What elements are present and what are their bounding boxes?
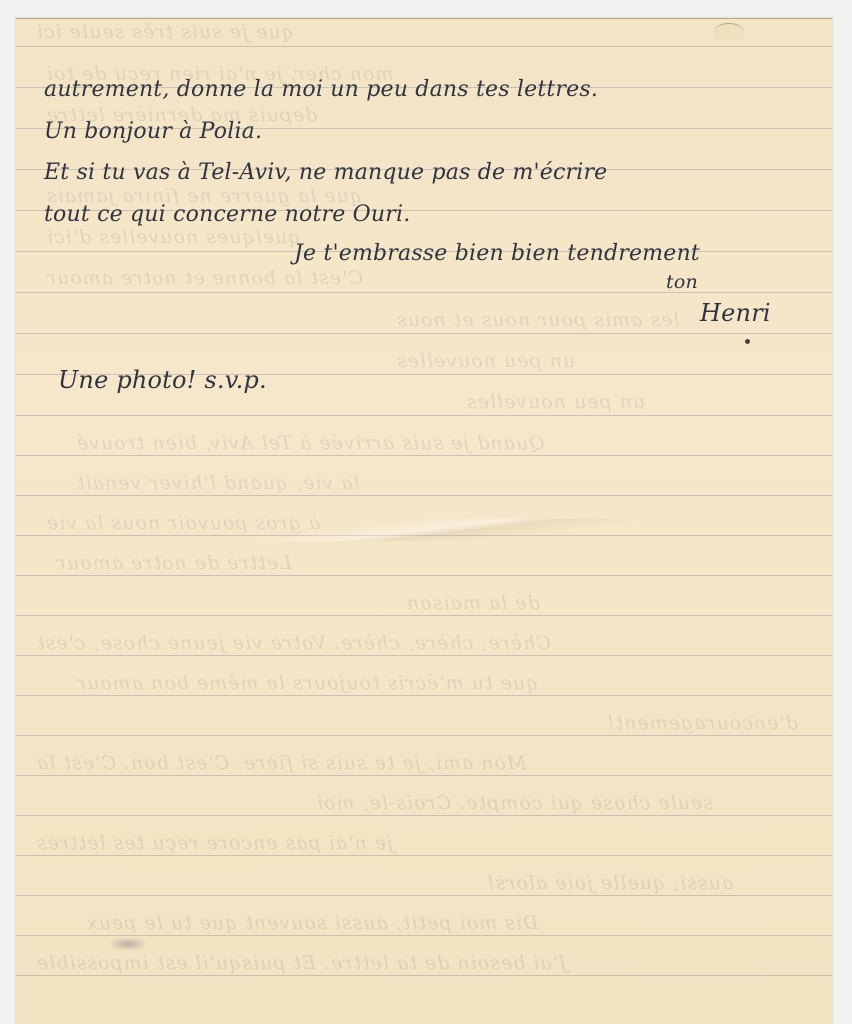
ruled-line <box>16 735 832 736</box>
bleed-through-line: Lettre de notre amour <box>56 552 292 574</box>
bleed-through-line: Quand je suis arrivée à Tel Aviv, bien t… <box>76 432 545 454</box>
postscript: Une photo! s.v.p. <box>58 366 267 394</box>
letter-closing-phrase: Je t'embrasse bien bien tendrement <box>294 241 700 266</box>
ruled-line <box>16 855 832 856</box>
ruled-line <box>16 695 832 696</box>
letter-line: Un bonjour à Polia. <box>44 119 262 144</box>
ruled-line <box>16 535 832 536</box>
bleed-through-line: quelques nouvelles d'ici <box>46 226 300 248</box>
bleed-through-line: je n'ai pas encore reçu tes lettres <box>36 832 393 854</box>
ruled-line <box>16 292 832 293</box>
bleed-through-line: un peu nouvelles <box>466 391 645 413</box>
ruled-line <box>16 495 832 496</box>
ink-smudge <box>108 937 148 951</box>
ruled-line <box>16 895 832 896</box>
letter-line: autrement, donne la moi un peu dans tes … <box>44 77 598 102</box>
bleed-through-line: la vie, quand l'hiver venait <box>76 472 360 494</box>
ruled-line <box>16 935 832 936</box>
paper-tear <box>714 23 744 40</box>
letter-closing: ton <box>666 271 698 293</box>
ruled-line <box>16 975 832 976</box>
bleed-through-line: que tu m'écris toujours le même bon amou… <box>76 672 538 694</box>
ruled-line <box>16 333 832 334</box>
bleed-through-line: J'ai besoin de ta lettre. Et puisqu'il e… <box>36 952 567 974</box>
ink-spot <box>745 339 750 344</box>
bleed-through-line: aussi, quelle joie alors! <box>486 872 733 894</box>
bleed-through-line: les amis pour nous et nous <box>396 309 680 331</box>
ruled-line <box>16 655 832 656</box>
signature: Henri <box>700 299 771 327</box>
ruled-line <box>16 815 832 816</box>
bleed-through-line: Mon ami, je te suis si fière. C'est bon.… <box>36 752 526 774</box>
letter-line: tout ce qui concerne notre Ouri. <box>44 202 410 227</box>
bleed-through-line: C'est la bonne et notre amour <box>46 267 363 289</box>
ruled-line <box>16 575 832 576</box>
ruled-line <box>16 775 832 776</box>
letter-line: Et si tu vas à Tel-Aviv, ne manque pas d… <box>44 160 607 185</box>
ruled-line <box>16 615 832 616</box>
bleed-through-line: Chère, chère, chère. Votre vie jeune cho… <box>36 632 551 654</box>
ruled-line <box>16 455 832 456</box>
ruled-line <box>16 415 832 416</box>
bleed-through-line: un peu nouvelles <box>396 350 575 372</box>
ruled-line <box>16 46 832 47</box>
bleed-through-line: Dis moi petit, aussi souvent que tu le p… <box>86 912 538 934</box>
bleed-through-line: de la maison <box>406 592 540 614</box>
letter-page: que je suis très seule ici mon cher, je … <box>16 18 832 1024</box>
bleed-through-line: que je suis très seule ici <box>36 21 294 43</box>
bleed-through-line: seule chose qui compte. Crois-le, moi <box>316 792 713 814</box>
bleed-through-line: d'encouragement! <box>606 712 798 734</box>
bleed-through-line: à gros pouvoir nous la vie <box>46 512 320 534</box>
